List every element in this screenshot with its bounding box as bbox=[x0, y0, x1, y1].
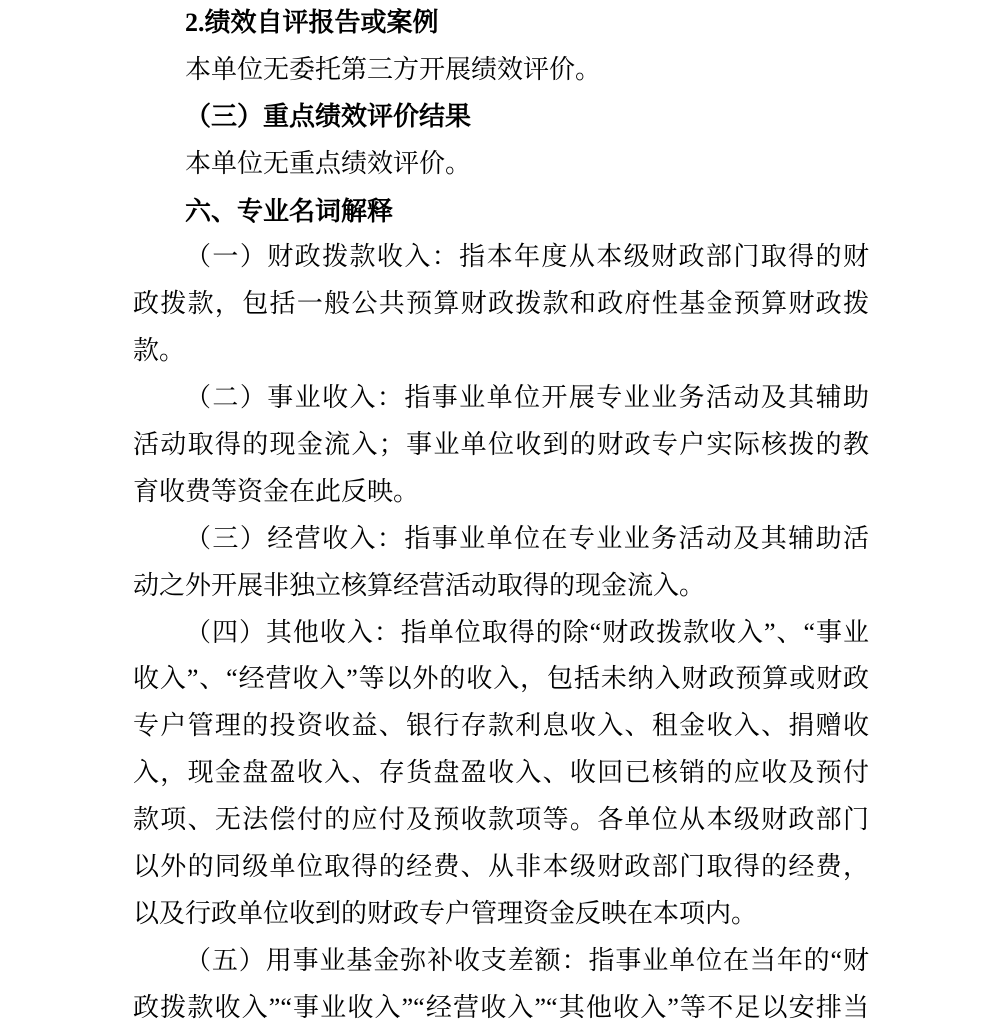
para-other-income-line-4: 入，现金盘盈收入、存货盘盈收入、收回已核销的应收及预付 bbox=[133, 750, 869, 797]
para-institutional-income-line-1: （二）事业收入：指事业单位开展专业业务活动及其辅助 bbox=[133, 375, 869, 422]
para-institutional-income-line-2: 活动取得的现金流入；事业单位收到的财政专户实际核拨的教 bbox=[133, 422, 869, 469]
para-other-income-line-2: 收入”、“经营收入”等以外的收入，包括未纳入财政预算或财政 bbox=[133, 656, 869, 703]
para-no-third-party-evaluation-line-1: 本单位无委托第三方开展绩效评价。 bbox=[133, 47, 869, 94]
heading-terminology-line-1: 六、专业名词解释 bbox=[133, 188, 869, 235]
para-institutional-income-line-3: 育收费等资金在此反映。 bbox=[133, 469, 869, 516]
heading-key-performance-results-line-1: （三）重点绩效评价结果 bbox=[133, 94, 869, 141]
para-other-income-line-7: 以及行政单位收到的财政专户管理资金反映在本项内。 bbox=[133, 891, 869, 938]
para-operating-income-line-2: 动之外开展非独立核算经营活动取得的现金流入。 bbox=[133, 563, 869, 610]
para-other-income-line-3: 专户管理的投资收益、银行存款利息收入、租金收入、捐赠收 bbox=[133, 703, 869, 750]
document-body: 2.绩效自评报告或案例本单位无委托第三方开展绩效评价。（三）重点绩效评价结果本单… bbox=[133, 0, 869, 1024]
para-other-income-line-5: 款项、无法偿付的应付及预收款项等。各单位从本级财政部门 bbox=[133, 797, 869, 844]
para-fund-deficit-coverage-line-2: 政拨款收入”“事业收入”“经营收入”“其他收入”等不足以安排当 bbox=[133, 985, 869, 1024]
para-fund-deficit-coverage-line-1: （五）用事业基金弥补收支差额：指事业单位在当年的“财 bbox=[133, 938, 869, 985]
para-fiscal-appropriation-income-line-2: 政拨款，包括一般公共预算财政拨款和政府性基金预算财政拨 bbox=[133, 281, 869, 328]
para-fiscal-appropriation-income-line-1: （一）财政拨款收入：指本年度从本级财政部门取得的财 bbox=[133, 234, 869, 281]
para-fiscal-appropriation-income-line-3: 款。 bbox=[133, 328, 869, 375]
para-other-income-line-6: 以外的同级单位取得的经费、从非本级财政部门取得的经费， bbox=[133, 844, 869, 891]
document-page: 2.绩效自评报告或案例本单位无委托第三方开展绩效评价。（三）重点绩效评价结果本单… bbox=[0, 0, 1000, 1024]
heading-self-eval-report-line-1: 2.绩效自评报告或案例 bbox=[133, 0, 869, 47]
para-operating-income-line-1: （三）经营收入：指事业单位在专业业务活动及其辅助活 bbox=[133, 516, 869, 563]
para-other-income-line-1: （四）其他收入：指单位取得的除“财政拨款收入”、“事业 bbox=[133, 610, 869, 657]
para-no-key-evaluation-line-1: 本单位无重点绩效评价。 bbox=[133, 141, 869, 188]
